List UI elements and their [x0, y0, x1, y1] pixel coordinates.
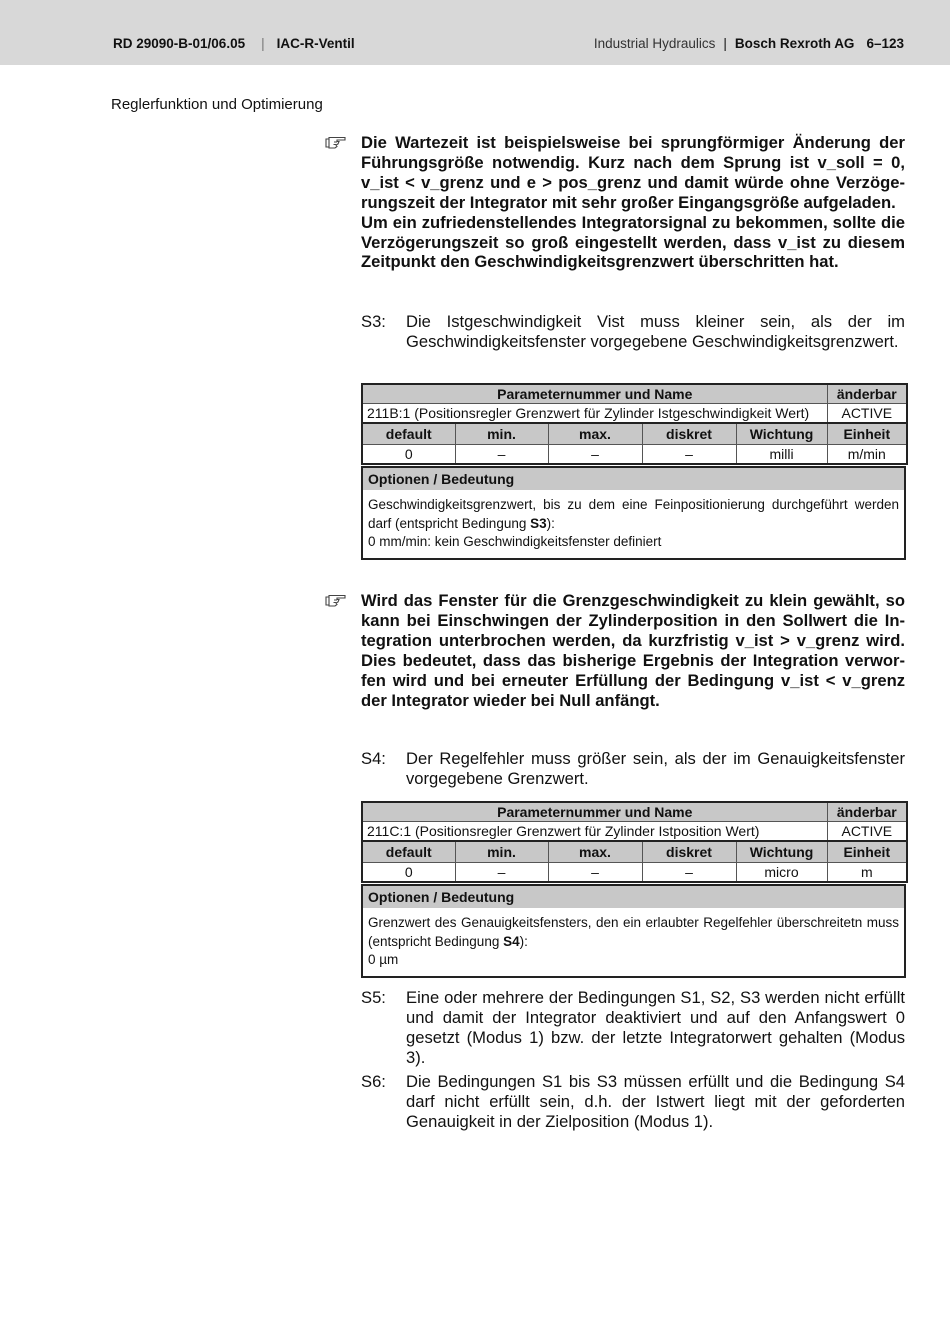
condition-ref: S3: [530, 516, 547, 531]
pointing-hand-icon: [325, 594, 347, 610]
value-cell: –: [548, 445, 642, 465]
company-name: Bosch Rexroth AG: [735, 36, 855, 51]
page-header: RD 29090-B-01/06.05|IAC-R-Ventil Industr…: [0, 0, 950, 65]
condition-s3: S3: Die Istgeschwindigkeit Vist muss kle…: [361, 312, 905, 352]
value-cell: –: [455, 863, 548, 883]
value-cell: m/min: [827, 445, 907, 465]
options-text: Grenzwert des Genauigkeitsfensters, den …: [368, 915, 899, 949]
options-text: ):: [520, 934, 528, 949]
value-cell: 0: [362, 445, 455, 465]
options-body: Grenzwert des Genauigkeitsfensters, den …: [363, 908, 904, 976]
value-cell: –: [642, 445, 736, 465]
condition-text: Die Bedingungen S1 bis S3 müssen erfüllt…: [406, 1072, 905, 1132]
column-header: default: [362, 423, 455, 445]
product-name: IAC-R-Ventil: [277, 36, 355, 51]
value-cell: m: [827, 863, 907, 883]
options-description: Grenzwert des Genauigkeitsfensters, den …: [368, 914, 899, 951]
column-header: max.: [548, 423, 642, 445]
header-right: Industrial Hydraulics|Bosch Rexroth AG6–…: [594, 36, 904, 51]
note-block: Die Wartezeit ist beispielsweise bei spr…: [325, 133, 905, 272]
parameter-name: 211C:1 (Positionsregler Grenzwert für Zy…: [362, 822, 827, 842]
column-header: Einheit: [827, 423, 907, 445]
column-header: max.: [548, 841, 642, 863]
options-description: Geschwindigkeitsgrenzwert, bis zu dem ei…: [368, 496, 899, 533]
header-parameter-name: Parameternummer und Name: [362, 384, 827, 404]
condition-s5: S5: Eine oder mehrere der Bedingungen S1…: [361, 988, 905, 1068]
options-body: Geschwindigkeitsgrenzwert, bis zu dem ei…: [363, 490, 904, 558]
note-text: Die Wartezeit ist beispielsweise bei spr…: [361, 133, 905, 272]
parameter-changeable: ACTIVE: [827, 404, 907, 424]
column-header: diskret: [642, 423, 736, 445]
note-paragraph: Wird das Fenster für die Grenzgeschwindi…: [361, 591, 905, 710]
condition-s6: S6: Die Bedingungen S1 bis S3 müssen erf…: [361, 1072, 905, 1132]
options-header: Optionen / Bedeutung: [363, 886, 904, 908]
condition-text: Der Regelfehler muss größer sein, als de…: [406, 749, 905, 789]
header-left: RD 29090-B-01/06.05|IAC-R-Ventil: [113, 36, 355, 51]
condition-ref: S4: [503, 934, 520, 949]
options-text: Geschwindigkeitsgrenzwert, bis zu dem ei…: [368, 497, 899, 531]
options-box-211B: Optionen / Bedeutung Geschwindigkeitsgre…: [361, 466, 906, 560]
options-header: Optionen / Bedeutung: [363, 468, 904, 490]
options-box-211C: Optionen / Bedeutung Grenzwert des Genau…: [361, 884, 906, 978]
parameter-name: 211B:1 (Positionsregler Grenzwert für Zy…: [362, 404, 827, 424]
value-cell: micro: [736, 863, 827, 883]
header-parameter-name: Parameternummer und Name: [362, 802, 827, 822]
column-header: Einheit: [827, 841, 907, 863]
condition-s4: S4: Der Regelfehler muss größer sein, al…: [361, 749, 905, 789]
pointing-hand-icon: [325, 136, 347, 152]
column-header: Wichtung: [736, 841, 827, 863]
header-changeable: änderbar: [827, 384, 907, 404]
page-number: 6–123: [866, 36, 904, 51]
header-divider: |: [723, 36, 727, 51]
note-paragraph: Die Wartezeit ist beispielsweise bei spr…: [361, 133, 905, 213]
column-header: min.: [455, 841, 548, 863]
column-header: default: [362, 841, 455, 863]
section-title: Reglerfunktion und Optimierung: [111, 96, 323, 113]
parameter-table-211C: Parameternummer und Name änderbar 211C:1…: [361, 801, 908, 883]
header-changeable: änderbar: [827, 802, 907, 822]
condition-text: Die Istgeschwindigkeit Vist muss kleiner…: [406, 312, 905, 352]
doc-number: RD 29090-B-01/06.05: [113, 36, 245, 51]
value-cell: –: [455, 445, 548, 465]
condition-label: S5:: [361, 988, 386, 1008]
note-paragraph: Um ein zufriedenstellendes Integratorsig…: [361, 213, 905, 273]
condition-label: S3:: [361, 312, 386, 332]
note-block: Wird das Fenster für die Grenzgeschwindi…: [325, 591, 905, 710]
header-divider: |: [261, 36, 265, 51]
value-cell: –: [642, 863, 736, 883]
value-cell: milli: [736, 445, 827, 465]
note-text: Wird das Fenster für die Grenzgeschwindi…: [361, 591, 905, 710]
options-value: 0 µm: [368, 951, 899, 970]
division-name: Industrial Hydraulics: [594, 36, 716, 51]
condition-label: S4:: [361, 749, 386, 769]
parameter-changeable: ACTIVE: [827, 822, 907, 842]
value-cell: –: [548, 863, 642, 883]
column-header: diskret: [642, 841, 736, 863]
column-header: min.: [455, 423, 548, 445]
options-text: ):: [547, 516, 555, 531]
condition-text: Eine oder mehrere der Bedingungen S1, S2…: [406, 988, 905, 1068]
column-header: Wichtung: [736, 423, 827, 445]
condition-label: S6:: [361, 1072, 386, 1092]
options-value: 0 mm/min: kein Geschwindigkeitsfenster d…: [368, 533, 899, 552]
value-cell: 0: [362, 863, 455, 883]
parameter-table-211B: Parameternummer und Name änderbar 211B:1…: [361, 383, 908, 465]
